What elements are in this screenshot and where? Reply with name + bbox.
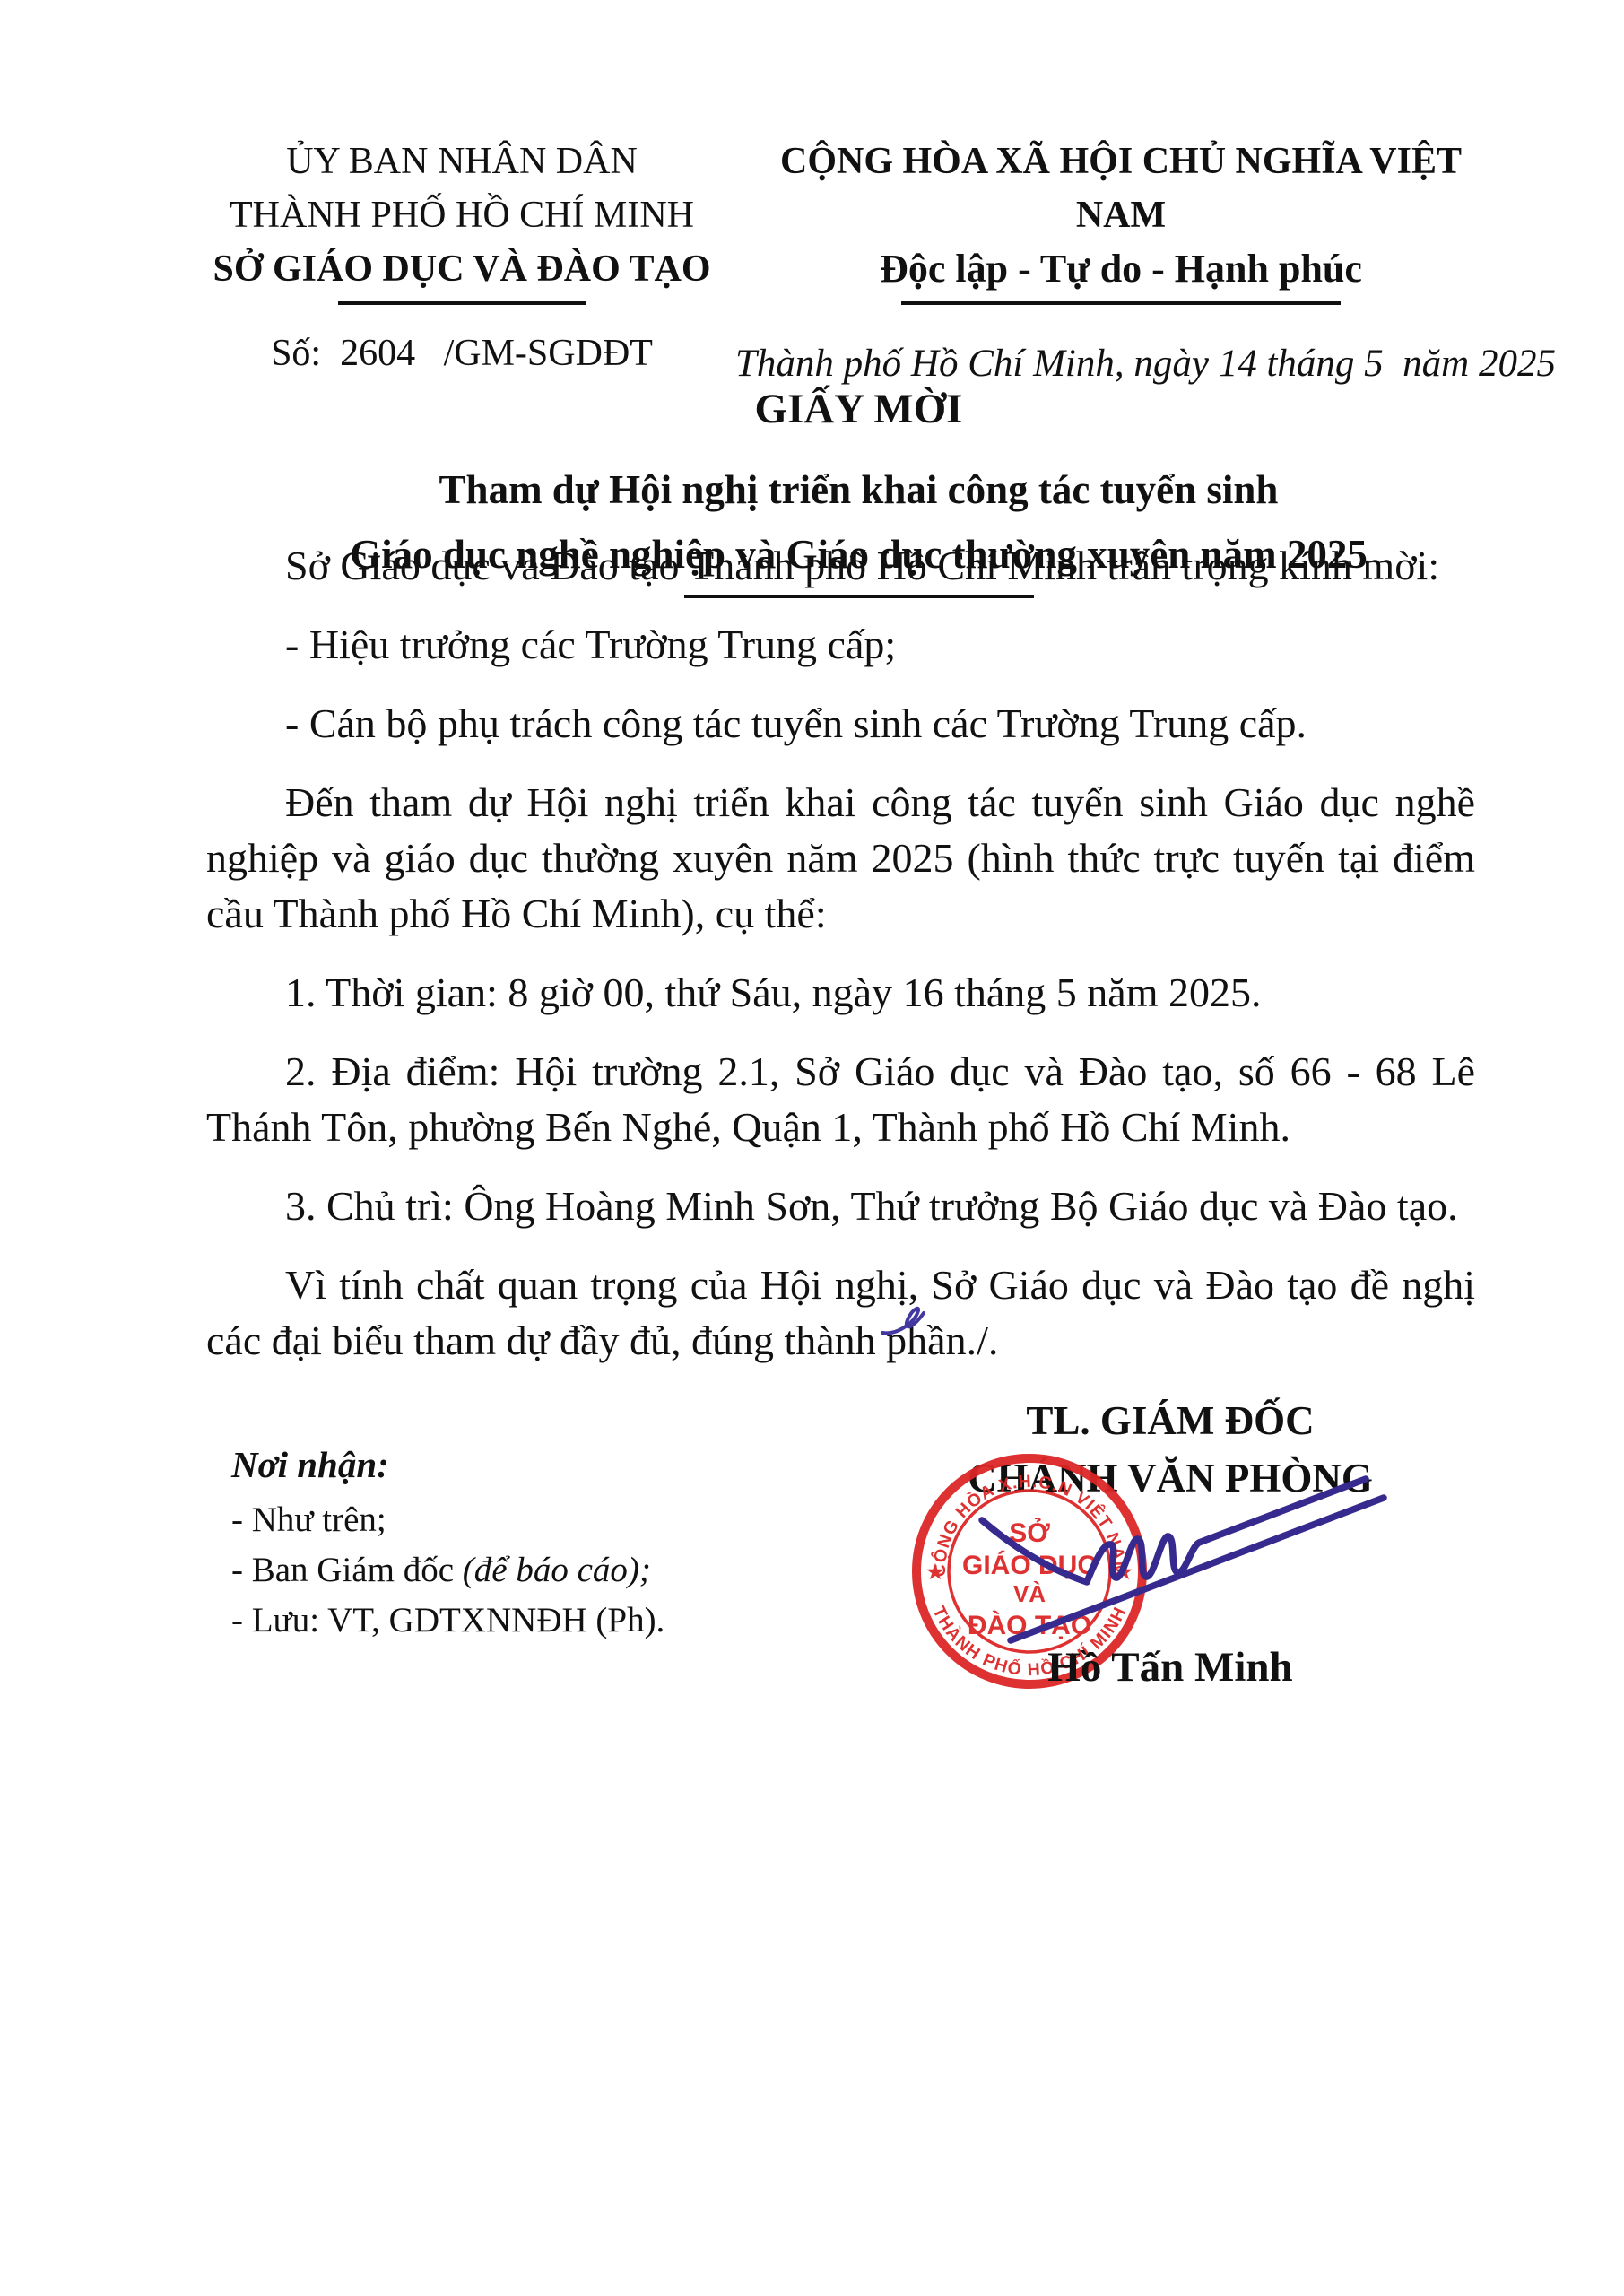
paragraph-time: 1. Thời gian: 8 giờ 00, thứ Sáu, ngày 16… [206, 965, 1475, 1021]
paragraph-recipient-2: - Cán bộ phụ trách công tác tuyển sinh c… [206, 696, 1475, 752]
recipient-item-3: - Lưu: VT, GDTXNNĐH (Ph). [231, 1596, 787, 1646]
signature-stroke-main [982, 1479, 1366, 1582]
national-header-block: CỘNG HÒA XÃ HỘI CHỦ NGHĨA VIỆT NAM Độc l… [735, 135, 1507, 391]
pen-tick-path [882, 1309, 924, 1334]
agency-parent-line2: THÀNH PHỐ HỒ CHÍ MINH [211, 188, 713, 242]
paragraph-invite: Sở Giáo dục và Đào tạo Thành phố Hồ Chí … [206, 538, 1475, 594]
agency-underline [338, 301, 586, 305]
paragraph-recipient-1: - Hiệu trưởng các Trường Trung cấp; [206, 617, 1475, 673]
paragraph-location: 2. Địa điểm: Hội trường 2.1, Sở Giáo dục… [206, 1044, 1475, 1155]
paragraph-chair: 3. Chủ trì: Ông Hoàng Minh Sơn, Thứ trưở… [206, 1178, 1475, 1234]
document-subtitle-1: Tham dự Hội nghị triển khai công tác tuy… [224, 462, 1493, 517]
signer-name: Hồ Tấn Minh [897, 1643, 1444, 1692]
recipient-item-1: - Như trên; [231, 1495, 787, 1545]
document-title: GIẤY MỜI [224, 381, 1493, 437]
national-motto: Độc lập - Tự do - Hạnh phúc [735, 242, 1507, 296]
recipients-label: Nơi nhận: [231, 1439, 787, 1490]
national-title: CỘNG HÒA XÃ HỘI CHỦ NGHĨA VIỆT NAM [735, 135, 1507, 242]
document-page: ỦY BAN NHÂN DÂN THÀNH PHỐ HỒ CHÍ MINH SỞ… [0, 0, 1624, 2296]
recipient-item-2: - Ban Giám đốc (để báo cáo); [231, 1545, 787, 1596]
motto-underline [901, 301, 1341, 305]
recipient-item-2-text: - Ban Giám đốc [231, 1551, 463, 1589]
document-body: Sở Giáo dục và Đào tạo Thành phố Hồ Chí … [206, 538, 1475, 1392]
recipient-item-2-note: (để báo cáo); [463, 1551, 651, 1589]
issuing-agency-block: ỦY BAN NHÂN DÂN THÀNH PHỐ HỒ CHÍ MINH SỞ… [211, 135, 713, 380]
paragraph-closing: Vì tính chất quan trọng của Hội nghị, Sở… [206, 1257, 1475, 1369]
signature-stroke-underline [1011, 1498, 1384, 1640]
paragraph-purpose: Đến tham dự Hội nghị triển khai công tác… [206, 775, 1475, 942]
pen-tick-mark [877, 1299, 934, 1342]
recipients-block: Nơi nhận: - Như trên; - Ban Giám đốc (để… [231, 1439, 787, 1646]
agency-parent-line1: ỦY BAN NHÂN DÂN [211, 135, 713, 188]
agency-name: SỞ GIÁO DỤC VÀ ĐÀO TẠO [211, 242, 713, 296]
document-number: Số: 2604 /GM-SGDĐT [211, 326, 713, 380]
